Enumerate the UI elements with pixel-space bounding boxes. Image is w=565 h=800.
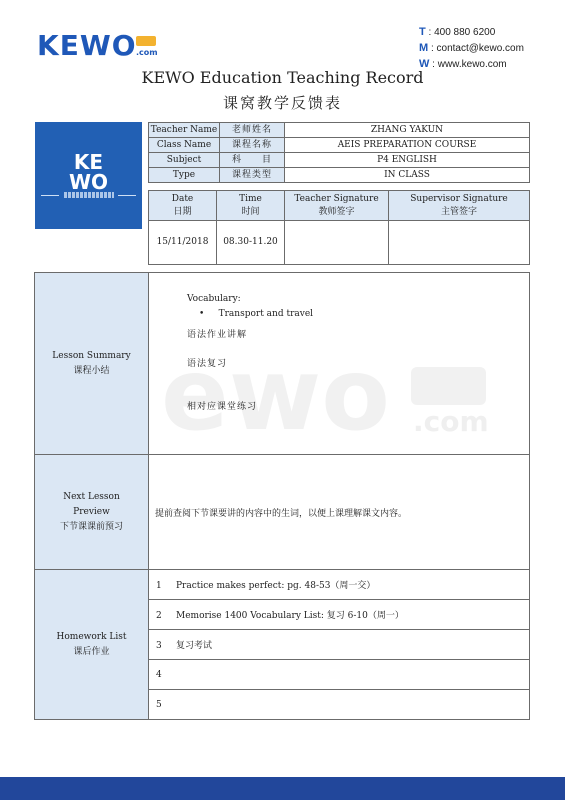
brand-logo-box: KE WO	[35, 122, 142, 229]
time-value: 08.30-11.20	[217, 221, 285, 265]
logo-text: KEWO	[37, 31, 137, 61]
date-header: Date日期	[149, 191, 217, 221]
info-row-class: Class Name 课程名称 AEIS PREPARATION COURSE	[149, 138, 530, 153]
homework-item: 5	[149, 690, 530, 720]
footer-bar	[0, 777, 565, 800]
supervisor-signature-header: Supervisor Signature主管签字	[389, 191, 530, 221]
info-row-type: Type 课程类型 IN CLASS	[149, 168, 530, 183]
kewo-logo: KEWO .com	[37, 31, 167, 67]
homework-item: 3复习考试	[149, 630, 530, 660]
summary-line: 语法作业讲解	[187, 328, 313, 343]
vocab-item: • Transport and travel	[187, 307, 313, 322]
type-value: IN CLASS	[285, 168, 530, 183]
next-lesson-content: 提前查阅下节课要讲的内容中的生词，以便上课理解课文内容。	[149, 455, 530, 570]
logo-badge	[136, 36, 156, 46]
lesson-summary-label: Lesson Summary课程小结	[35, 273, 149, 455]
brand-slogan	[64, 192, 114, 198]
document-title-cn: 课窝教学反馈表	[0, 92, 565, 113]
brand-line-1: KE	[35, 152, 142, 172]
teacher-signature-header: Teacher Signature教师签字	[285, 191, 389, 221]
subject-value: P4 ENGLISH	[285, 153, 530, 168]
class-name-value: AEIS PREPARATION COURSE	[285, 138, 530, 153]
brand-line-2: WO	[35, 172, 142, 192]
class-info-table: Teacher Name 老师姓名 ZHANG YAKUN Class Name…	[148, 122, 530, 183]
next-lesson-label: Next LessonPreview下节课课前预习	[35, 455, 149, 570]
teacher-signature-field	[285, 221, 389, 265]
summary-line: 相对应课堂练习	[187, 400, 313, 415]
logo-suffix: .com	[136, 48, 158, 57]
contact-email: M : contact@kewo.com	[419, 40, 524, 56]
contact-block: T : 400 880 6200 M : contact@kewo.com W …	[419, 24, 524, 72]
divider	[118, 195, 136, 196]
date-value: 15/11/2018	[149, 221, 217, 265]
time-header: Time时间	[217, 191, 285, 221]
info-row-teacher: Teacher Name 老师姓名 ZHANG YAKUN	[149, 123, 530, 138]
homework-item: 1Practice makes perfect: pg. 48-53（周一交）	[149, 570, 530, 600]
summary-line: 语法复习	[187, 357, 313, 372]
homework-item: 4	[149, 660, 530, 690]
teacher-name-value: ZHANG YAKUN	[285, 123, 530, 138]
divider	[41, 195, 59, 196]
watermark-badge	[411, 367, 486, 405]
lesson-summary-content: ewo .com Vocabulary: • Transport and tra…	[149, 273, 530, 455]
homework-label: Homework List课后作业	[35, 570, 149, 720]
session-table: Date日期 Time时间 Teacher Signature教师签字 Supe…	[148, 190, 530, 265]
feedback-table: Lesson Summary课程小结 ewo .com Vocabulary: …	[34, 272, 530, 720]
contact-phone: T : 400 880 6200	[419, 24, 524, 40]
document-title: KEWO Education Teaching Record	[0, 68, 565, 87]
supervisor-signature-field	[389, 221, 530, 265]
session-value-row: 15/11/2018 08.30-11.20	[149, 221, 530, 265]
next-lesson-row: Next LessonPreview下节课课前预习 提前查阅下节课要讲的内容中的…	[35, 455, 530, 570]
homework-item: 2Memorise 1400 Vocabulary List: 复习 6-10（…	[149, 600, 530, 630]
lesson-summary-row: Lesson Summary课程小结 ewo .com Vocabulary: …	[35, 273, 530, 455]
session-header-row: Date日期 Time时间 Teacher Signature教师签字 Supe…	[149, 191, 530, 221]
homework-row: Homework List课后作业 1Practice makes perfec…	[35, 570, 530, 600]
info-row-subject: Subject 科 目 P4 ENGLISH	[149, 153, 530, 168]
vocab-heading: Vocabulary:	[187, 292, 313, 307]
